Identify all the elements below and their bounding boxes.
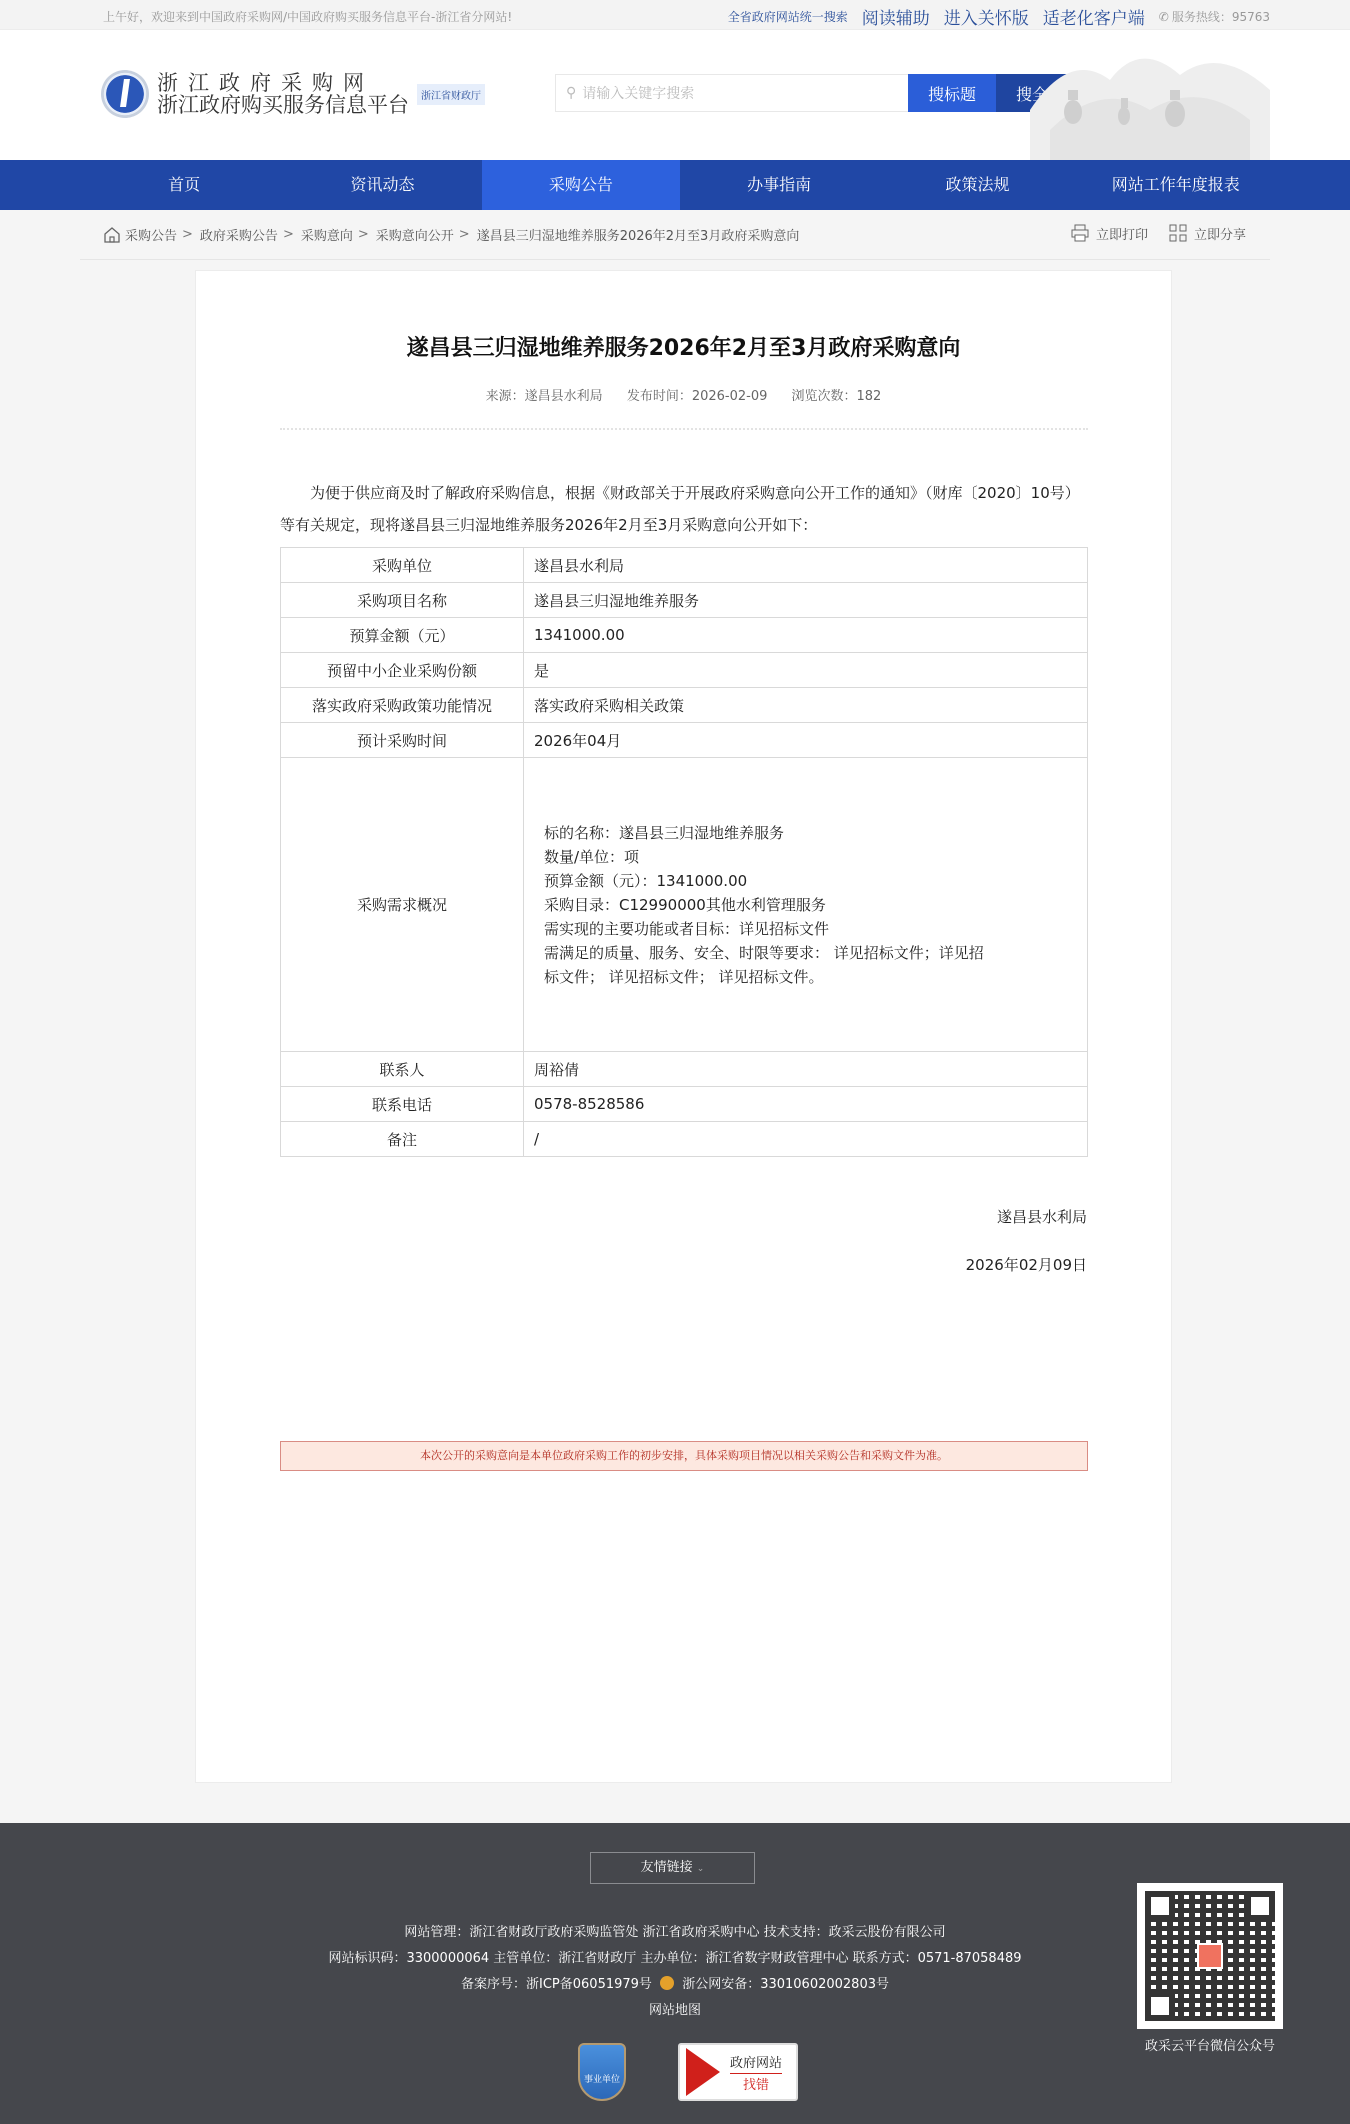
site-header: 浙江政府采购网 浙江政府购买服务信息平台 浙江省财政厅 ⚲ 请输入关键字搜索 搜… (0, 30, 1350, 160)
row-label: 采购项目名称 (281, 583, 524, 618)
row-label: 预算金额（元） (281, 618, 524, 653)
view-count: 浏览次数：182 (792, 389, 882, 404)
nav-policy[interactable]: 政策法规 (878, 160, 1076, 210)
emblem-icon (101, 70, 149, 118)
row-label: 采购需求概况 (281, 758, 524, 1052)
home-icon[interactable] (103, 226, 121, 244)
breadcrumb: 采购公告> 政府采购公告> 采购意向> 采购意向公开> 遂昌县三归湿地维养服务2… (80, 210, 1270, 260)
police-record-link[interactable]: 浙公网安备：33010602002803号 (682, 1977, 889, 1992)
search-title-button[interactable]: 搜标题 (908, 74, 996, 112)
row-label: 预计采购时间 (281, 723, 524, 758)
findbug-line2: 找错 (730, 2074, 782, 2093)
table-row: 预留中小企业采购份额是 (281, 653, 1088, 688)
nav-guide[interactable]: 办事指南 (680, 160, 878, 210)
scenery-illustration (1030, 30, 1270, 160)
row-value: / (524, 1122, 1088, 1157)
page-title: 遂昌县三归湿地维养服务2026年2月至3月政府采购意向 (196, 331, 1171, 362)
logo-line1: 浙江政府采购网 (157, 72, 409, 94)
divider (280, 428, 1088, 430)
breadcrumb-item[interactable]: 政府采购公告 (200, 225, 278, 244)
friend-links-label: 友情链接 (641, 1860, 693, 1875)
print-button[interactable]: 立即打印 (1070, 223, 1148, 243)
wechat-qr-code (1137, 1883, 1283, 2029)
nav-news[interactable]: 资讯动态 (283, 160, 481, 210)
table-row: 采购项目名称遂昌县三归湿地维养服务 (281, 583, 1088, 618)
public-institution-badge[interactable]: 事业单位 (578, 2043, 626, 2101)
table-row: 联系人周裕倩 (281, 1052, 1088, 1087)
req-line: 预算金额（元）：1341000.00 (544, 869, 1087, 893)
req-line: 采购目录：C12990000其他水利管理服务 (544, 893, 1087, 917)
row-value: 是 (524, 653, 1088, 688)
breadcrumb-item[interactable]: 采购公告 (125, 225, 177, 244)
breadcrumb-item[interactable]: 采购意向公开 (376, 225, 454, 244)
care-mode-link[interactable]: 进入关怀版 (944, 4, 1029, 29)
site-footer: 友情链接 ⌄ 网站管理：浙江省财政厅政府采购监管处 浙江省政府采购中心 技术支持… (0, 1823, 1350, 2124)
reading-aid-link[interactable]: 阅读辅助 (862, 4, 930, 29)
row-label: 落实政府采购政策功能情况 (281, 688, 524, 723)
search-input[interactable]: ⚲ 请输入关键字搜索 (555, 74, 908, 112)
row-value: 遂昌县水利局 (524, 548, 1088, 583)
site-logo[interactable]: 浙江政府采购网 浙江政府购买服务信息平台 浙江省财政厅 (101, 70, 485, 118)
row-value: 周裕倩 (524, 1052, 1088, 1087)
dept-badge: 浙江省财政厅 (417, 84, 485, 105)
elderly-client-link[interactable]: 适老化客户端 (1043, 4, 1145, 29)
table-row: 预计采购时间2026年04月 (281, 723, 1088, 758)
zcy-logo-icon (1197, 1943, 1223, 1969)
main-nav: 首页 资讯动态 采购公告 办事指南 政策法规 网站工作年度报表 (0, 160, 1350, 210)
article-card: 遂昌县三归湿地维养服务2026年2月至3月政府采购意向 来源：遂昌县水利局 发布… (195, 270, 1172, 1783)
req-line: 需满足的质量、服务、安全、时限等要求： 详见招标文件；详见招标文件； 详见招标文… (544, 941, 984, 989)
table-row: 预算金额（元）1341000.00 (281, 618, 1088, 653)
source: 来源：遂昌县水利局 (486, 389, 603, 404)
requirement-summary: 标的名称：遂昌县三归湿地维养服务 数量/单位：项 预算金额（元）：1341000… (524, 758, 1088, 1052)
search-placeholder: 请输入关键字搜索 (582, 83, 694, 103)
disclaimer-notice: 本次公开的采购意向是本单位政府采购工作的初步安排，具体采购项目情况以相关采购公告… (280, 1441, 1088, 1471)
nav-procurement-notice[interactable]: 采购公告 (482, 160, 680, 210)
top-bar: 上午好，欢迎来到中国政府采购网/中国政府购买服务信息平台-浙江省分网站! 全省政… (0, 0, 1350, 30)
article-meta: 来源：遂昌县水利局 发布时间：2026-02-09 浏览次数：182 (196, 385, 1171, 404)
icp-link[interactable]: 备案序号：浙ICP备06051979号 (461, 1977, 652, 1992)
sign-date: 2026年02月09日 (966, 1254, 1087, 1275)
table-row: 采购单位遂昌县水利局 (281, 548, 1088, 583)
row-label: 采购单位 (281, 548, 524, 583)
gov-site-error-report[interactable]: 政府网站 找错 (678, 2043, 798, 2101)
table-row: 备注/ (281, 1122, 1088, 1157)
row-label: 联系电话 (281, 1087, 524, 1122)
findbug-line1: 政府网站 (730, 2052, 782, 2074)
logo-line2: 浙江政府购买服务信息平台 (157, 94, 409, 116)
hotline: ✆ 服务热线：95763 (1159, 8, 1270, 25)
unified-search-link[interactable]: 全省政府网站统一搜索 (728, 8, 848, 25)
req-line: 需实现的主要功能或者目标：详见招标文件 (544, 917, 1087, 941)
table-row: 联系电话0578-8528586 (281, 1087, 1088, 1122)
nav-home[interactable]: 首页 (85, 160, 283, 210)
share-label: 立即分享 (1194, 224, 1246, 243)
phone-icon: ✆ (1159, 10, 1169, 24)
share-button[interactable]: 立即分享 (1168, 223, 1246, 243)
row-value: 遂昌县三归湿地维养服务 (524, 583, 1088, 618)
row-label: 联系人 (281, 1052, 524, 1087)
search-icon: ⚲ (566, 85, 576, 101)
top-links: 全省政府网站统一搜索 阅读辅助 进入关怀版 适老化客户端 ✆ 服务热线：9576… (728, 4, 1270, 29)
intro-paragraph: 为便于供应商及时了解政府采购信息，根据《财政部关于开展政府采购意向公开工作的通知… (280, 477, 1090, 541)
intent-table: 采购单位遂昌县水利局 采购项目名称遂昌县三归湿地维养服务 预算金额（元）1341… (280, 547, 1088, 1157)
row-value: 1341000.00 (524, 618, 1088, 653)
friend-links-dropdown[interactable]: 友情链接 ⌄ (590, 1852, 755, 1884)
magnifier-icon (686, 2048, 720, 2096)
qr-caption: 政采云平台微信公众号 (1130, 2035, 1290, 2054)
hotline-text: 服务热线：95763 (1172, 8, 1270, 25)
search-bar: ⚲ 请输入关键字搜索 搜标题 搜全文 (555, 74, 1084, 112)
req-line: 数量/单位：项 (544, 845, 1087, 869)
printer-icon (1070, 223, 1090, 243)
table-row: 采购需求概况 标的名称：遂昌县三归湿地维养服务 数量/单位：项 预算金额（元）：… (281, 758, 1088, 1052)
chevron-down-icon: ⌄ (697, 1864, 705, 1874)
publish-time: 发布时间：2026-02-09 (627, 389, 768, 404)
signer: 遂昌县水利局 (997, 1206, 1087, 1227)
row-value: 2026年04月 (524, 723, 1088, 758)
breadcrumb-item[interactable]: 采购意向 (301, 225, 353, 244)
police-badge-icon (660, 1976, 674, 1990)
badge-label: 事业单位 (584, 2072, 620, 2085)
row-label: 备注 (281, 1122, 524, 1157)
row-value: 落实政府采购相关政策 (524, 688, 1088, 723)
breadcrumb-current: 遂昌县三归湿地维养服务2026年2月至3月政府采购意向 (477, 225, 800, 244)
welcome-text: 上午好，欢迎来到中国政府采购网/中国政府购买服务信息平台-浙江省分网站! (103, 8, 512, 25)
print-label: 立即打印 (1096, 224, 1148, 243)
row-label: 预留中小企业采购份额 (281, 653, 524, 688)
row-value: 0578-8528586 (524, 1087, 1088, 1122)
qrcode-icon (1168, 223, 1188, 243)
table-row: 落实政府采购政策功能情况落实政府采购相关政策 (281, 688, 1088, 723)
nav-annual-report[interactable]: 网站工作年度报表 (1077, 160, 1275, 210)
req-line: 标的名称：遂昌县三归湿地维养服务 (544, 821, 1087, 845)
